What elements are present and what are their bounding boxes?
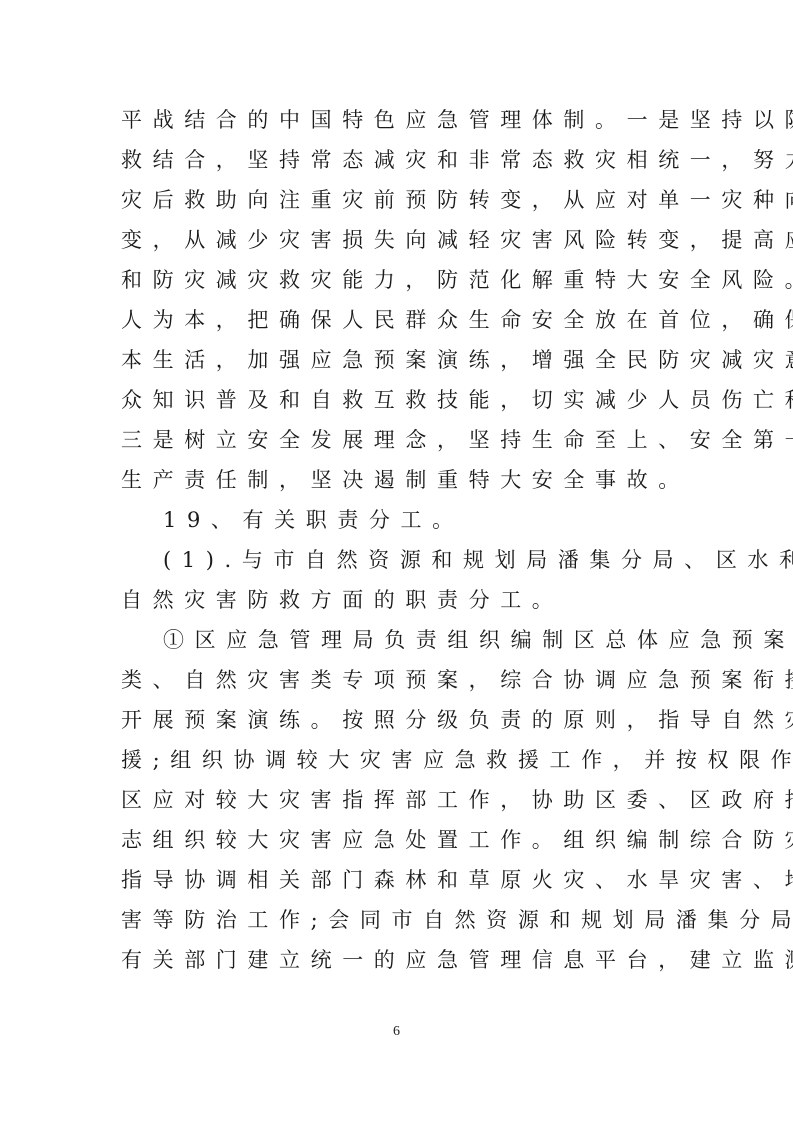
text-line: 和防灾减灾救灾能力，防范化解重特大安全风险。二是坚持以 <box>121 260 699 300</box>
text-line: 开展预案演练。按照分级负责的原则，指导自然灾害类应急救 <box>121 700 699 740</box>
text-line: 平战结合的中国特色应急管理体制。一是坚持以防为主、防抗 <box>121 100 699 140</box>
text-line: 变，从减少灾害损失向减轻灾害风险转变，提高应急管理水平 <box>121 220 699 260</box>
text-line: 害等防治工作;会同市自然资源和规划局潘集分局、区水利局等 <box>121 900 699 940</box>
subsection-heading: (1).与市自然资源和规划局潘集分局、区水利局等部门在 <box>121 540 699 580</box>
text-line: 区应对较大灾害指挥部工作，协助区委、区政府指定的负责同 <box>121 780 699 820</box>
document-body: 平战结合的中国特色应急管理体制。一是坚持以防为主、防抗 救结合，坚持常态减灾和非… <box>121 100 699 980</box>
document-page: 平战结合的中国特色应急管理体制。一是坚持以防为主、防抗 救结合，坚持常态减灾和非… <box>0 0 793 1122</box>
text-line: 志组织较大灾害应急处置工作。组织编制综合防灾减灾规划， <box>121 820 699 860</box>
text-line: 自然灾害防救方面的职责分工。 <box>121 580 699 620</box>
text-line: 三是树立安全发展理念，坚持生命至上、安全第一，完善安全 <box>121 420 699 460</box>
paragraph-start: ①区应急管理局负责组织编制区总体应急预案和安全生产 <box>121 620 699 660</box>
text-line: 众知识普及和自救互救技能，切实减少人员伤亡和财产损失。 <box>121 380 699 420</box>
text-line: 援;组织协调较大灾害应急救援工作，并按权限作出决定，承担 <box>121 740 699 780</box>
text-line: 有关部门建立统一的应急管理信息平台，建立监测预警和灾情 <box>121 940 699 980</box>
text-line: 本生活，加强应急预案演练，增强全民防灾减灾意识，提升公 <box>121 340 699 380</box>
text-line: 生产责任制，坚决遏制重特大安全事故。 <box>121 460 699 500</box>
page-number: 6 <box>0 1024 793 1040</box>
text-line: 人为本，把确保人民群众生命安全放在首位，确保受灾群众基 <box>121 300 699 340</box>
text-line: 类、自然灾害类专项预案，综合协调应急预案衔接工作，组织 <box>121 660 699 700</box>
text-line: 指导协调相关部门森林和草原火灾、水旱灾害、地震和地质灾 <box>121 860 699 900</box>
section-heading: 19、有关职责分工。 <box>121 500 699 540</box>
text-line: 灾后救助向注重灾前预防转变，从应对单一灾种向综合减灾转 <box>121 180 699 220</box>
text-line: 救结合，坚持常态减灾和非常态救灾相统一，努力实现从注重 <box>121 140 699 180</box>
